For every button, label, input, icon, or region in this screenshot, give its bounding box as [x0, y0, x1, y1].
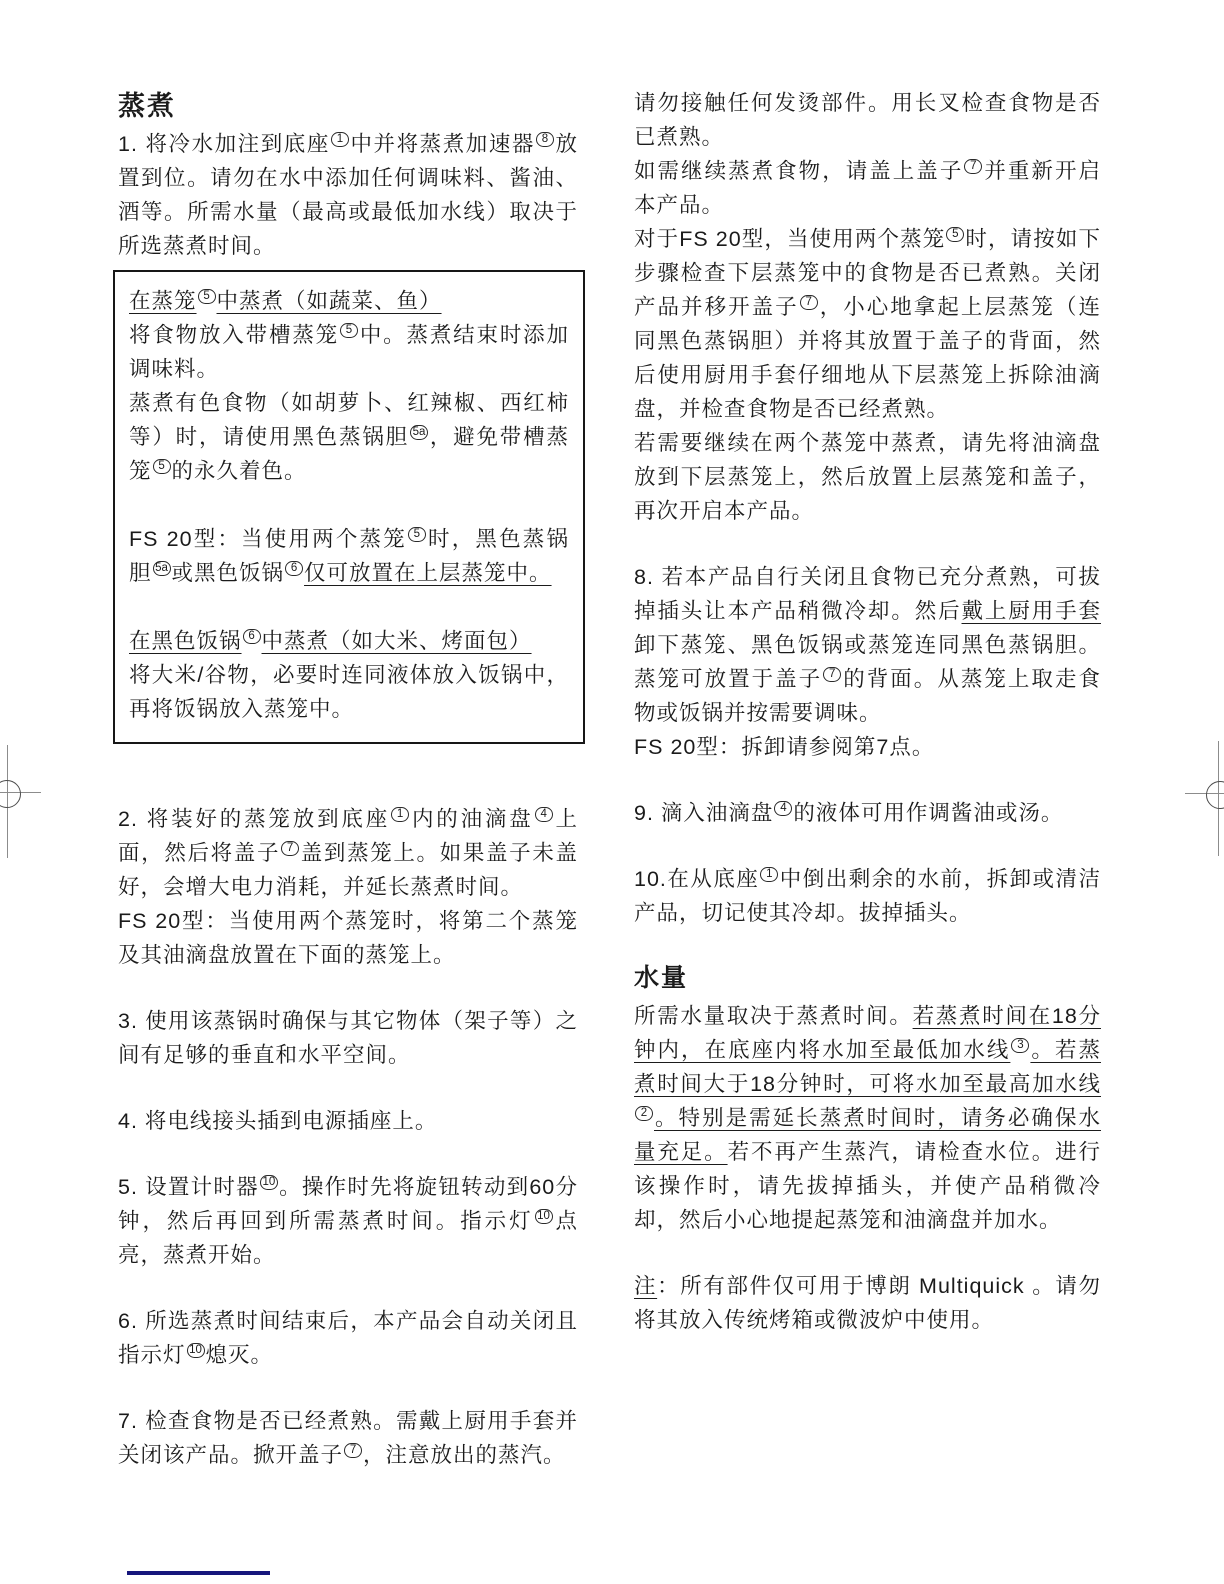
paragraph: 10.在从底座1中倒出剩余的水前，拆卸或清洁产品，切记使其冷却。拔掉插头。	[634, 862, 1101, 930]
part-reference: 7	[823, 667, 841, 682]
section-heading-steaming: 蒸煮	[118, 88, 578, 124]
part-reference: 2	[635, 1106, 653, 1121]
underlined-text: 在蒸笼5中蒸煮（如蔬菜、鱼）	[129, 289, 442, 313]
part-reference: 5	[153, 459, 171, 474]
part-reference: 3	[1011, 1038, 1029, 1053]
paragraph: 若需要继续在两个蒸笼中蒸煮，请先将油滴盘放到下层蒸笼上，然后放置上层蒸笼和盖子，…	[634, 426, 1101, 528]
paragraph: FS 20型：当使用两个蒸笼时，将第二个蒸笼及其油滴盘放置在下面的蒸笼上。	[118, 904, 578, 972]
part-reference: 6	[285, 561, 303, 576]
instruction-box: 在蒸笼5中蒸煮（如蔬菜、鱼）将食物放入带槽蒸笼5中。蒸煮结束时添加调味料。蒸煮有…	[113, 270, 585, 744]
paragraph: 在蒸笼5中蒸煮（如蔬菜、鱼）	[129, 284, 569, 318]
part-reference: 5	[198, 289, 216, 304]
part-reference: 5	[408, 527, 426, 542]
paragraph: FS 20型：拆卸请参阅第7点。	[634, 730, 1101, 764]
underlined-text: 若蒸煮时间在18分钟内，在底座内将水加至最低加水线3。若蒸煮时间大于18分钟时，…	[634, 1004, 1101, 1164]
paragraph: 注：所有部件仅可用于博朗 Multiquick 。请勿将其放入传统烤箱或微波炉中…	[634, 1269, 1101, 1337]
part-reference: 1	[760, 867, 778, 882]
part-reference: 10	[260, 1175, 278, 1190]
paragraph: 1. 将冷水加注到底座1中并将蒸煮加速器8放置到位。请勿在水中添加任何调味料、酱…	[118, 127, 578, 263]
paragraph: 6. 所选蒸煮时间结束后，本产品会自动关闭且指示灯10熄灭。	[118, 1304, 578, 1372]
paragraph: FS 20型：当使用两个蒸笼5时，黑色蒸锅胆5a或黑色饭锅6仅可放置在上层蒸笼中…	[129, 522, 569, 590]
paragraph: 对于FS 20型，当使用两个蒸笼5时，请按如下步骤检查下层蒸笼中的食物是否已煮熟…	[634, 222, 1101, 426]
part-reference: 5	[946, 227, 964, 242]
bottom-blue-rule	[127, 1571, 270, 1575]
paragraph: 蒸煮有色食物（如胡萝卜、红辣椒、西红柿等）时，请使用黑色蒸锅胆5a，避免带槽蒸笼…	[129, 386, 569, 488]
paragraph: 5. 设置计时器10。操作时先将旋钮转动到60分钟，然后再回到所需蒸煮时间。指示…	[118, 1170, 578, 1272]
paragraph: 所需水量取决于蒸煮时间。若蒸煮时间在18分钟内，在底座内将水加至最低加水线3。若…	[634, 999, 1101, 1237]
paragraph: 9. 滴入油滴盘4的液体可用作调酱油或汤。	[634, 796, 1101, 830]
part-reference: 4	[774, 801, 792, 816]
underlined-text: 在黑色饭锅6中蒸煮（如大米、烤面包）	[129, 629, 532, 653]
manual-page: { "left_column": { "title": "蒸煮", "befor…	[0, 0, 1224, 1584]
paragraph: 将食物放入带槽蒸笼5中。蒸煮结束时添加调味料。	[129, 318, 569, 386]
part-reference: 1	[331, 132, 349, 147]
part-reference: 1	[391, 807, 409, 822]
paragraph: 8. 若本产品自行关闭且食物已充分煮熟，可拔掉插头让本产品稍微冷却。然后戴上厨用…	[634, 560, 1101, 730]
part-reference: 6	[243, 629, 261, 644]
section-heading-water: 水量	[634, 960, 1101, 996]
left-column-steps: 2. 将装好的蒸笼放到底座1内的油滴盘4上面，然后将盖子7盖到蒸笼上。如果盖子未…	[118, 802, 578, 1472]
part-reference: 7	[281, 841, 299, 856]
underlined-text: 注	[634, 1274, 657, 1298]
underlined-text: 仅可放置在上层蒸笼中。	[304, 561, 552, 585]
part-reference: 8	[536, 132, 554, 147]
paragraph: 4. 将电线接头插到电源插座上。	[118, 1104, 578, 1138]
left-column-intro: 1. 将冷水加注到底座1中并将蒸煮加速器8放置到位。请勿在水中添加任何调味料、酱…	[118, 127, 578, 263]
part-reference: 7	[344, 1443, 362, 1458]
paragraph: 请勿接触任何发烫部件。用长叉检查食物是否已煮熟。	[634, 86, 1101, 154]
paragraph: 如需继续蒸煮食物，请盖上盖子7并重新开启本产品。	[634, 154, 1101, 222]
left-crop-mark-circle	[0, 780, 21, 808]
left-column: 蒸煮 1. 将冷水加注到底座1中并将蒸煮加速器8放置到位。请勿在水中添加任何调味…	[118, 88, 578, 1472]
right-column: 请勿接触任何发烫部件。用长叉检查食物是否已煮熟。如需继续蒸煮食物，请盖上盖子7并…	[634, 86, 1101, 1337]
part-reference: 7	[800, 295, 818, 310]
part-reference: 4	[535, 807, 553, 822]
paragraph: 在黑色饭锅6中蒸煮（如大米、烤面包）	[129, 624, 569, 658]
part-reference: 5a	[153, 561, 171, 576]
paragraph: 3. 使用该蒸锅时确保与其它物体（架子等）之间有足够的垂直和水平空间。	[118, 1004, 578, 1072]
paragraph: 2. 将装好的蒸笼放到底座1内的油滴盘4上面，然后将盖子7盖到蒸笼上。如果盖子未…	[118, 802, 578, 904]
part-reference: 5a	[410, 425, 428, 440]
underlined-text: 戴上厨用手套	[962, 599, 1101, 623]
part-reference: 5	[340, 323, 358, 338]
paragraph: 将大米/谷物，必要时连同液体放入饭锅中，再将饭锅放入蒸笼中。	[129, 658, 569, 726]
paragraph: 7. 检查食物是否已经煮熟。需戴上厨用手套并关闭该产品。掀开盖子7，注意放出的蒸…	[118, 1404, 578, 1472]
right-crop-mark-circle	[1206, 781, 1224, 809]
part-reference: 7	[964, 159, 982, 174]
part-reference: 10	[187, 1343, 205, 1358]
part-reference: 10	[535, 1209, 553, 1224]
